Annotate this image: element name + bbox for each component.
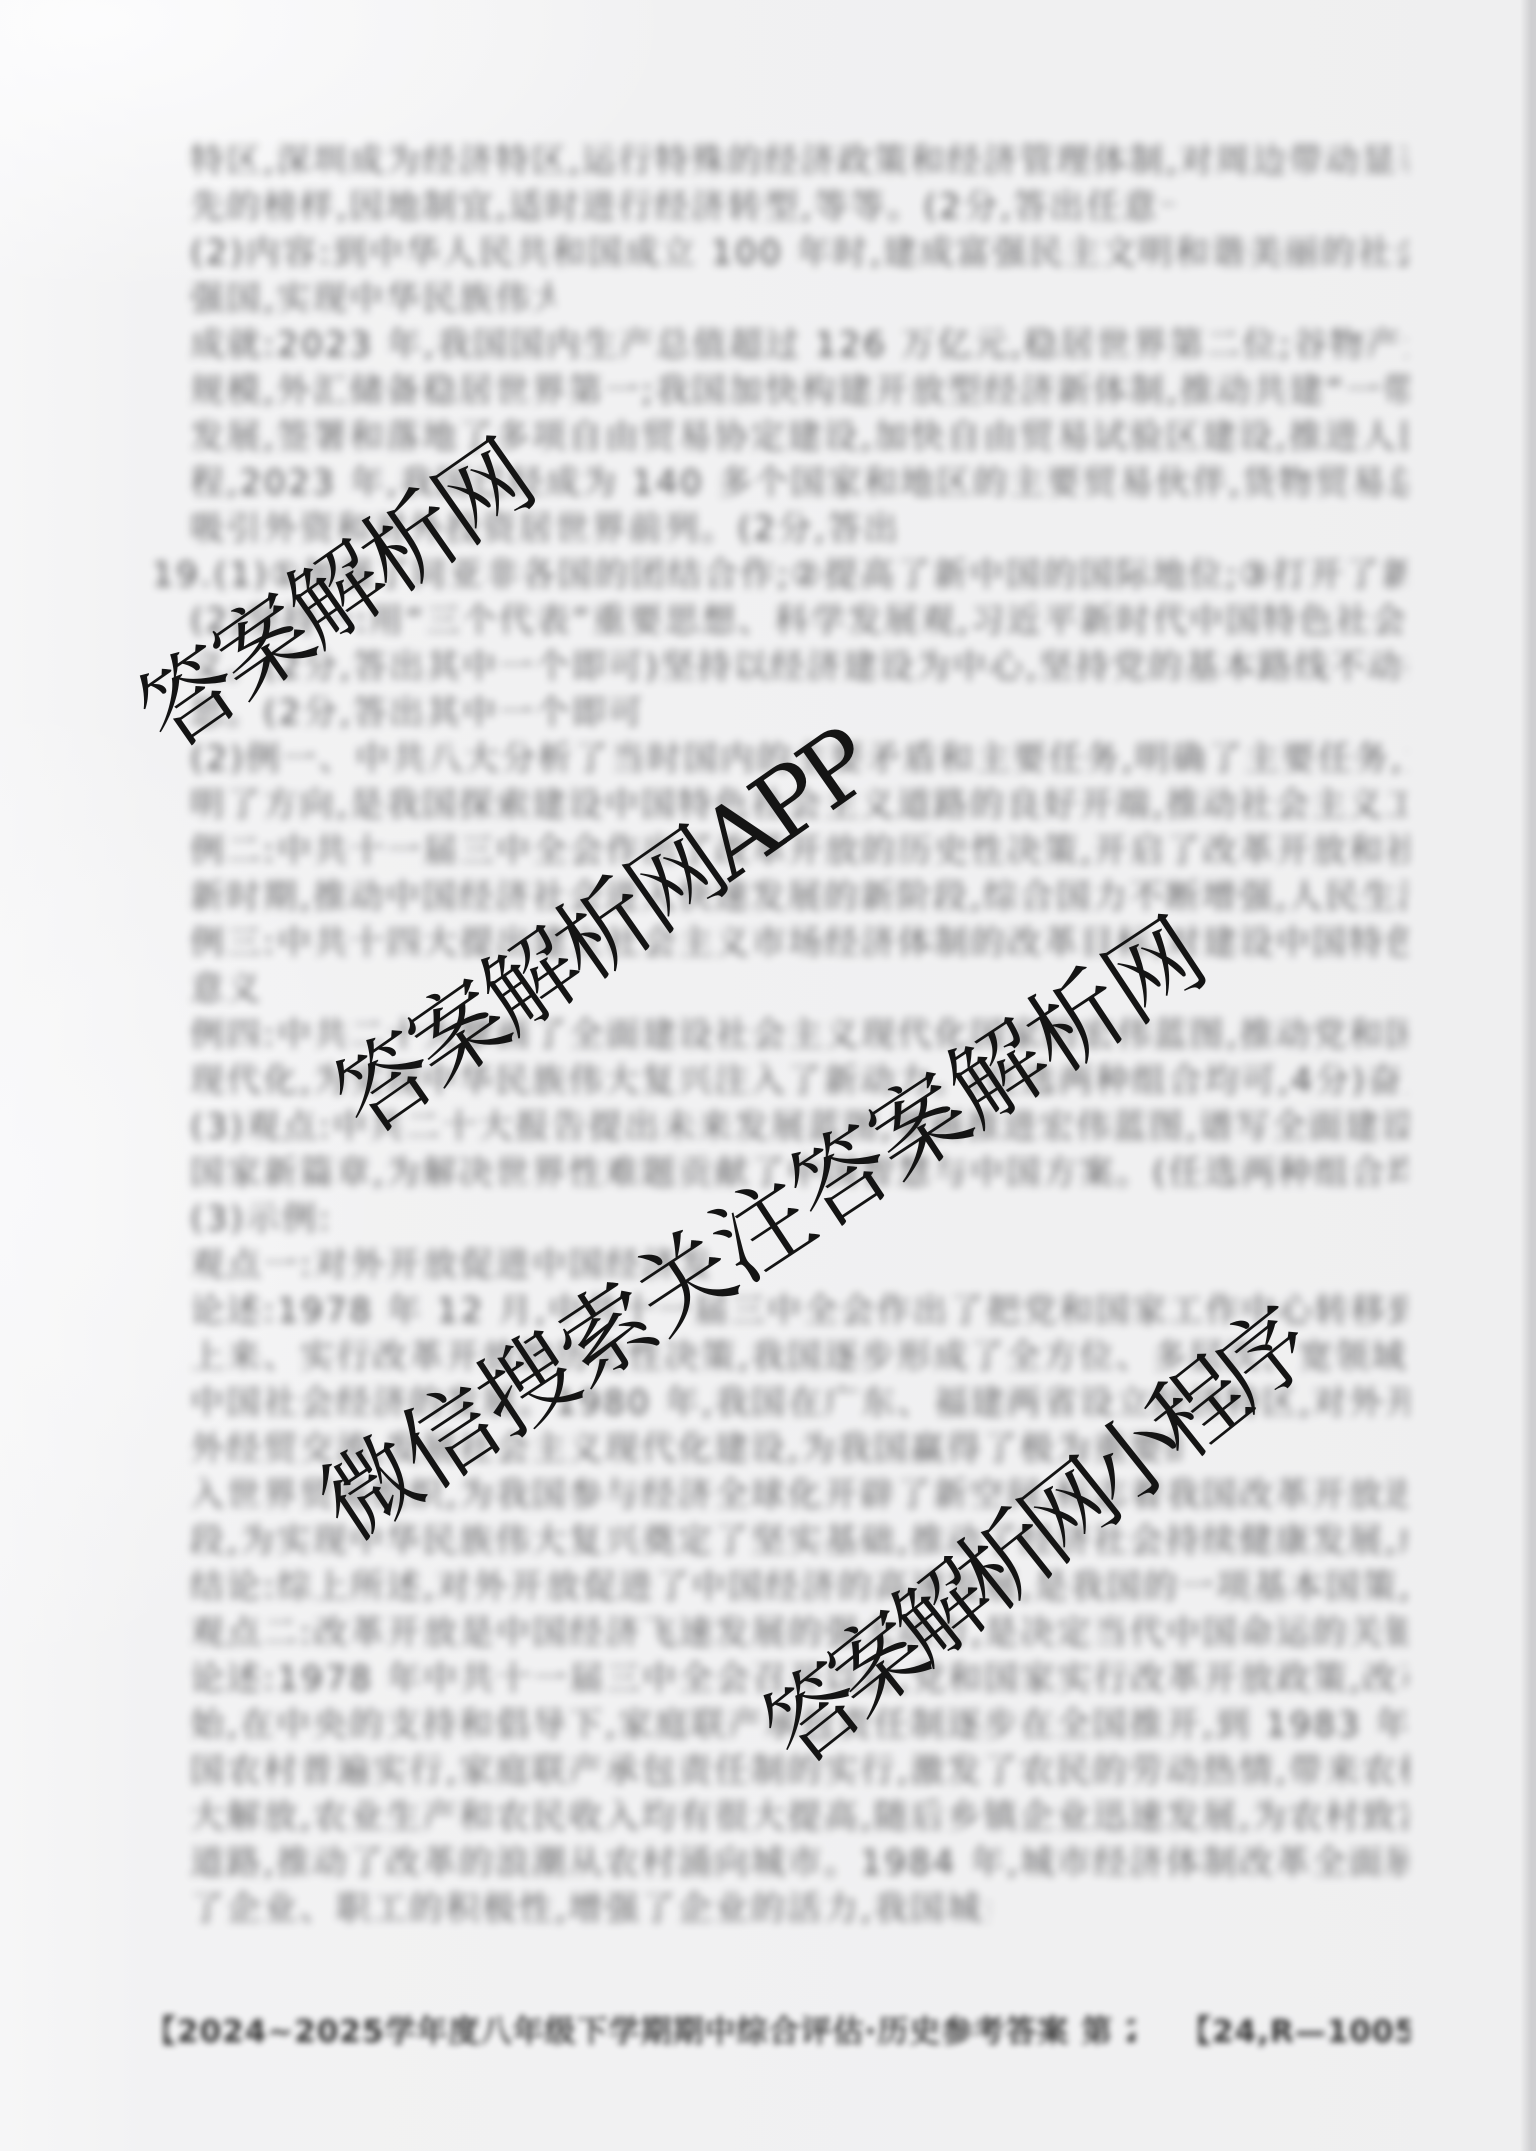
body-text-line: 强国,实现中华民族伟大复兴。(2分) (190, 278, 555, 322)
body-text-line: 意义。 (190, 968, 262, 1012)
body-text-line: (3)示例: (190, 1198, 368, 1242)
body-text-line: 成就:2023 年,我国国内生产总值超过 126 万亿元,稳居世界第二位;谷物产… (190, 324, 1408, 368)
body-text-line: 大解放,农业生产和农民收入均有很大提高,随后乡镇企业迅速发展,为农村致富和实现现… (190, 1796, 1408, 1840)
body-text-line: (2)内容:到中华人民共和国成立 100 年时,建成富强民主文明和谐美丽的社会主… (190, 232, 1408, 276)
footer-page-info: 【2024~2025学年度八年级下学期期中综合评估·历史参考答案 第 2 页 (… (145, 2012, 1135, 2058)
body-text-line: 先的榜样,因地制宜,适时进行经济转型,等等。(2分,答出任意一点即可) (190, 186, 1175, 230)
body-text-line: 规模,外汇储备稳居世界第一;我国加快构建开放型经济新体制,推动共建“一带一路”惠… (190, 370, 1408, 414)
body-text-line: 道路,推动了改革的浪潮从农村涌向城市。1984 年,城市经济体制改革全面展开,大… (190, 1842, 1408, 1886)
footer-paper-code: 【24,R—1005】 (1180, 2012, 1410, 2058)
scanned-exam-answer-page: 特区,深圳成为经济特区,运行特殊的经济政策和经济管理体制,对周边带动显著,具有重… (0, 0, 1536, 2151)
scan-edge-shadow (1520, 0, 1536, 2151)
body-text-line: 新时期,推动中国经济社会进入快速发展的新阶段,综合国力不断增强,人民生活水平显著… (190, 876, 1408, 920)
body-text-line: 义。(2分,答出其中一个即可)坚持以经济建设为中心,坚持党的基本路线不动摇,凝聚… (190, 646, 1408, 690)
body-text-line: 结论:综上所述,对外开放促进了中国经济的高速发展,是我国的一项基本国策,必须长期… (190, 1566, 1408, 1610)
body-text-line: 例三:中共十四大提出建立社会主义市场经济体制的改革目标,对建设中国特色社会主义具… (190, 922, 1408, 966)
body-text-line: 特区,深圳成为经济特区,运行特殊的经济政策和经济管理体制,对周边带动显著,具有重… (190, 140, 1408, 184)
body-text-line: 发展,签署和落地了多项自由贸易协定建设,加快自由贸易试验区建设,推进人民币国际化… (190, 416, 1408, 460)
body-text-line: 了企业、职工的积极性,增强了企业的活力,我国城乡出现了经济大发展的崭新局面。 (190, 1888, 990, 1932)
